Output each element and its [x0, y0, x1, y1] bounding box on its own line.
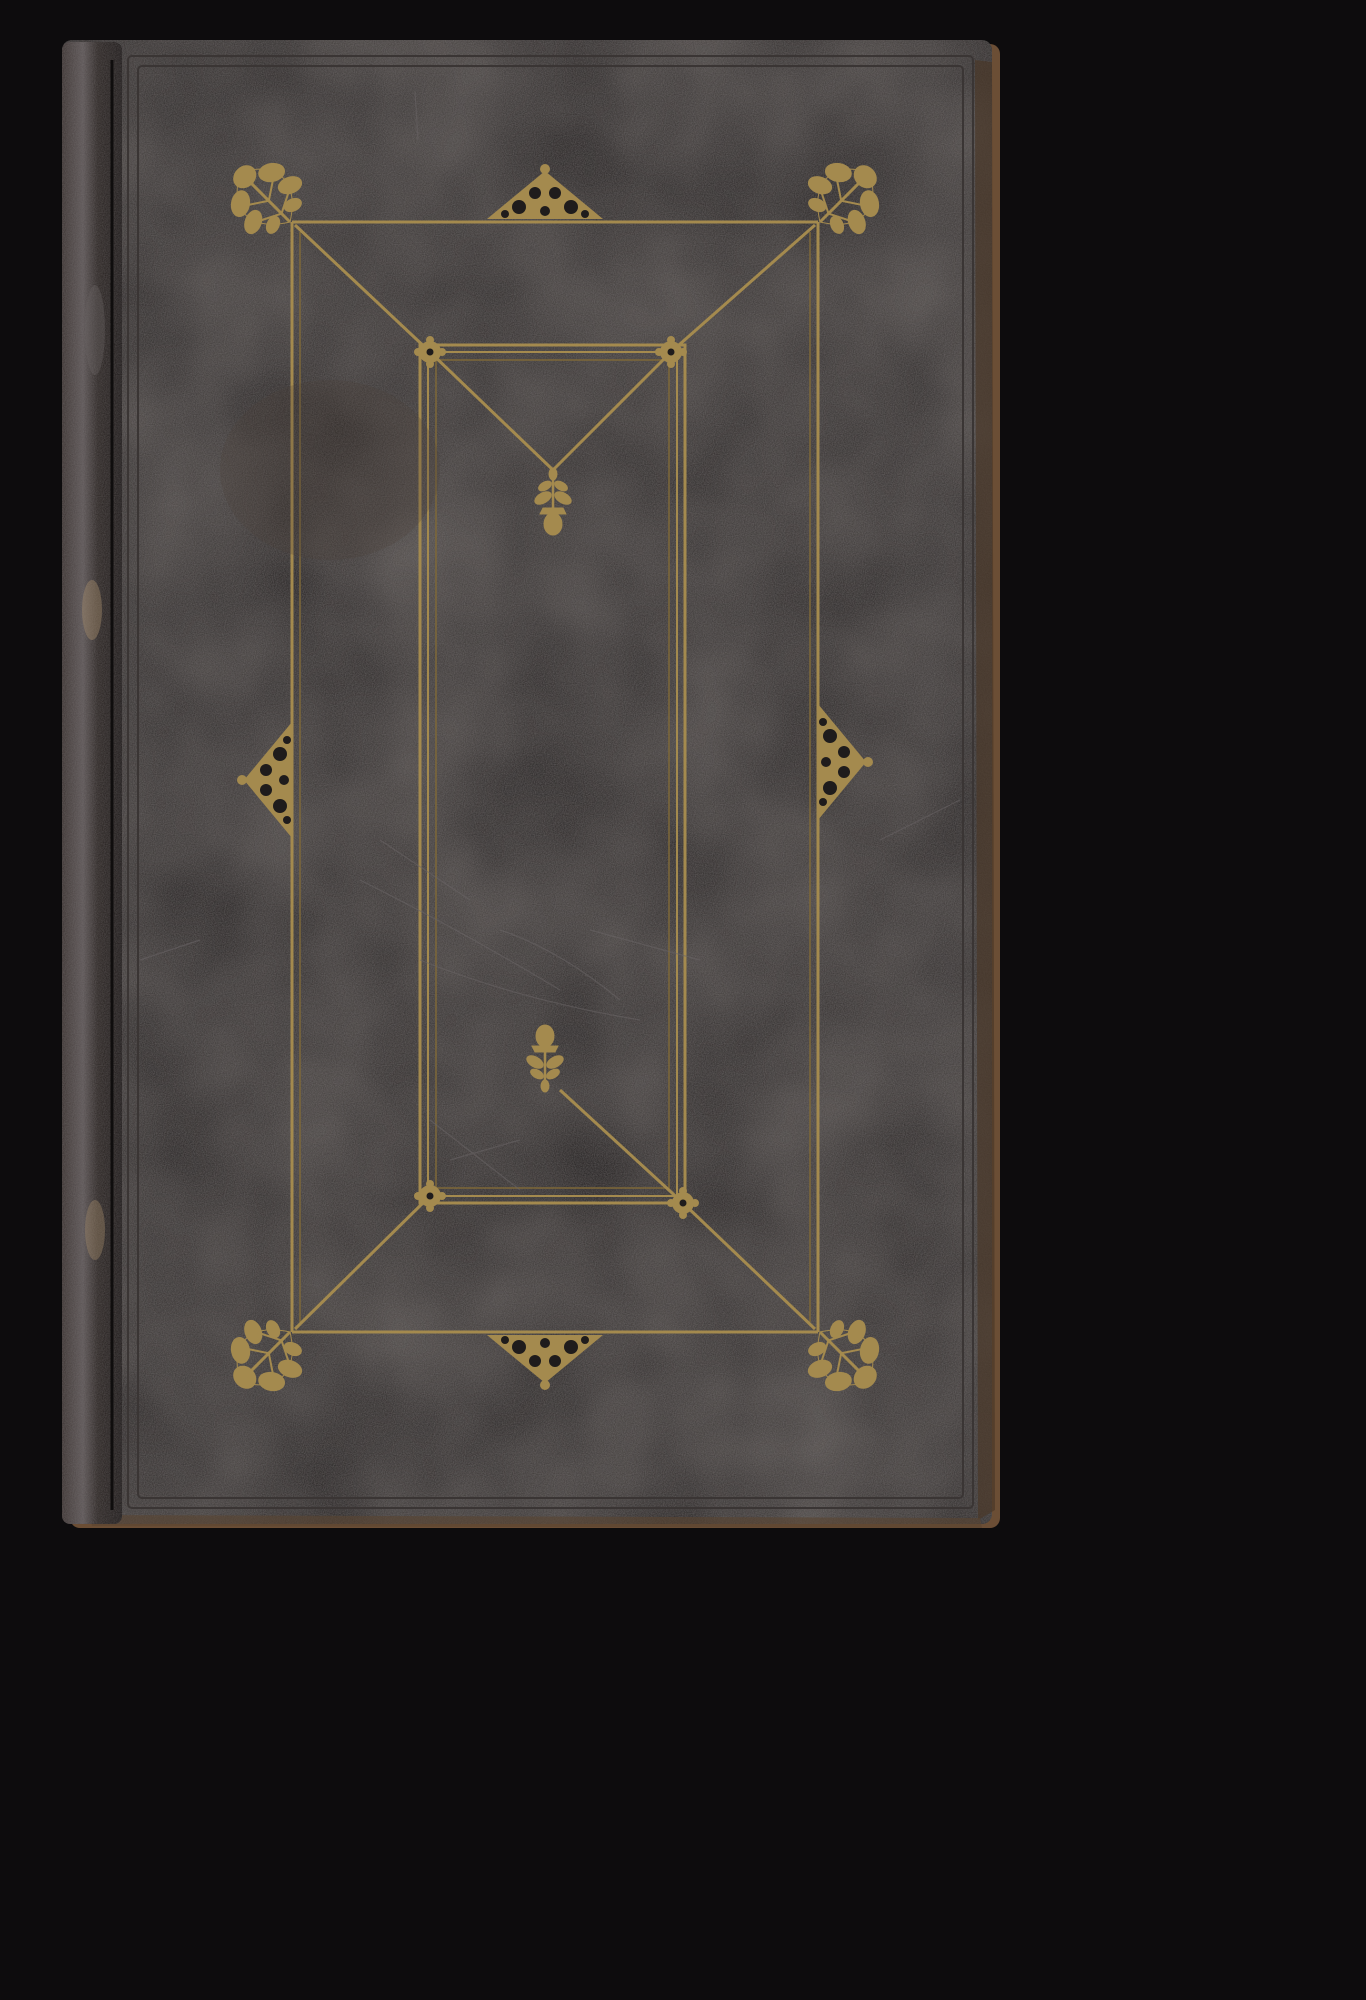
book-cover-illustration [0, 0, 1071, 1568]
book-cover-photo [0, 0, 1071, 1568]
worn-patch [220, 380, 440, 560]
book [62, 40, 1000, 1528]
spine [62, 42, 122, 1524]
